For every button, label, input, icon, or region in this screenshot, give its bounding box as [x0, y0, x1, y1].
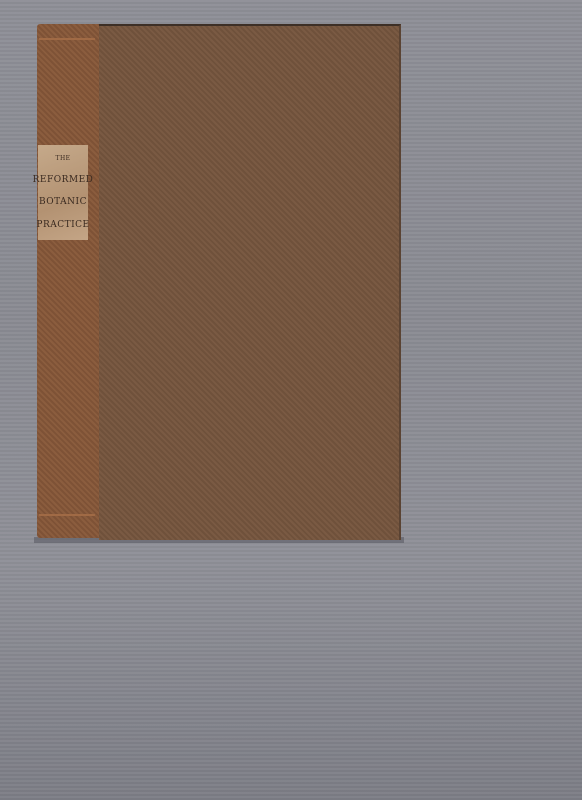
label-line-2: REFORMED	[33, 175, 94, 185]
spine-band-bottom	[39, 514, 95, 516]
book: THE REFORMED BOTANIC PRACTICE	[37, 24, 401, 538]
spine-band-top	[39, 38, 95, 40]
label-line-3: BOTANIC	[39, 197, 87, 207]
book-cover	[99, 24, 401, 540]
label-line-1: THE	[55, 155, 70, 162]
book-spine: THE REFORMED BOTANIC PRACTICE	[37, 24, 101, 538]
spine-label: THE REFORMED BOTANIC PRACTICE	[38, 145, 88, 240]
label-line-4: PRACTICE	[36, 220, 89, 230]
